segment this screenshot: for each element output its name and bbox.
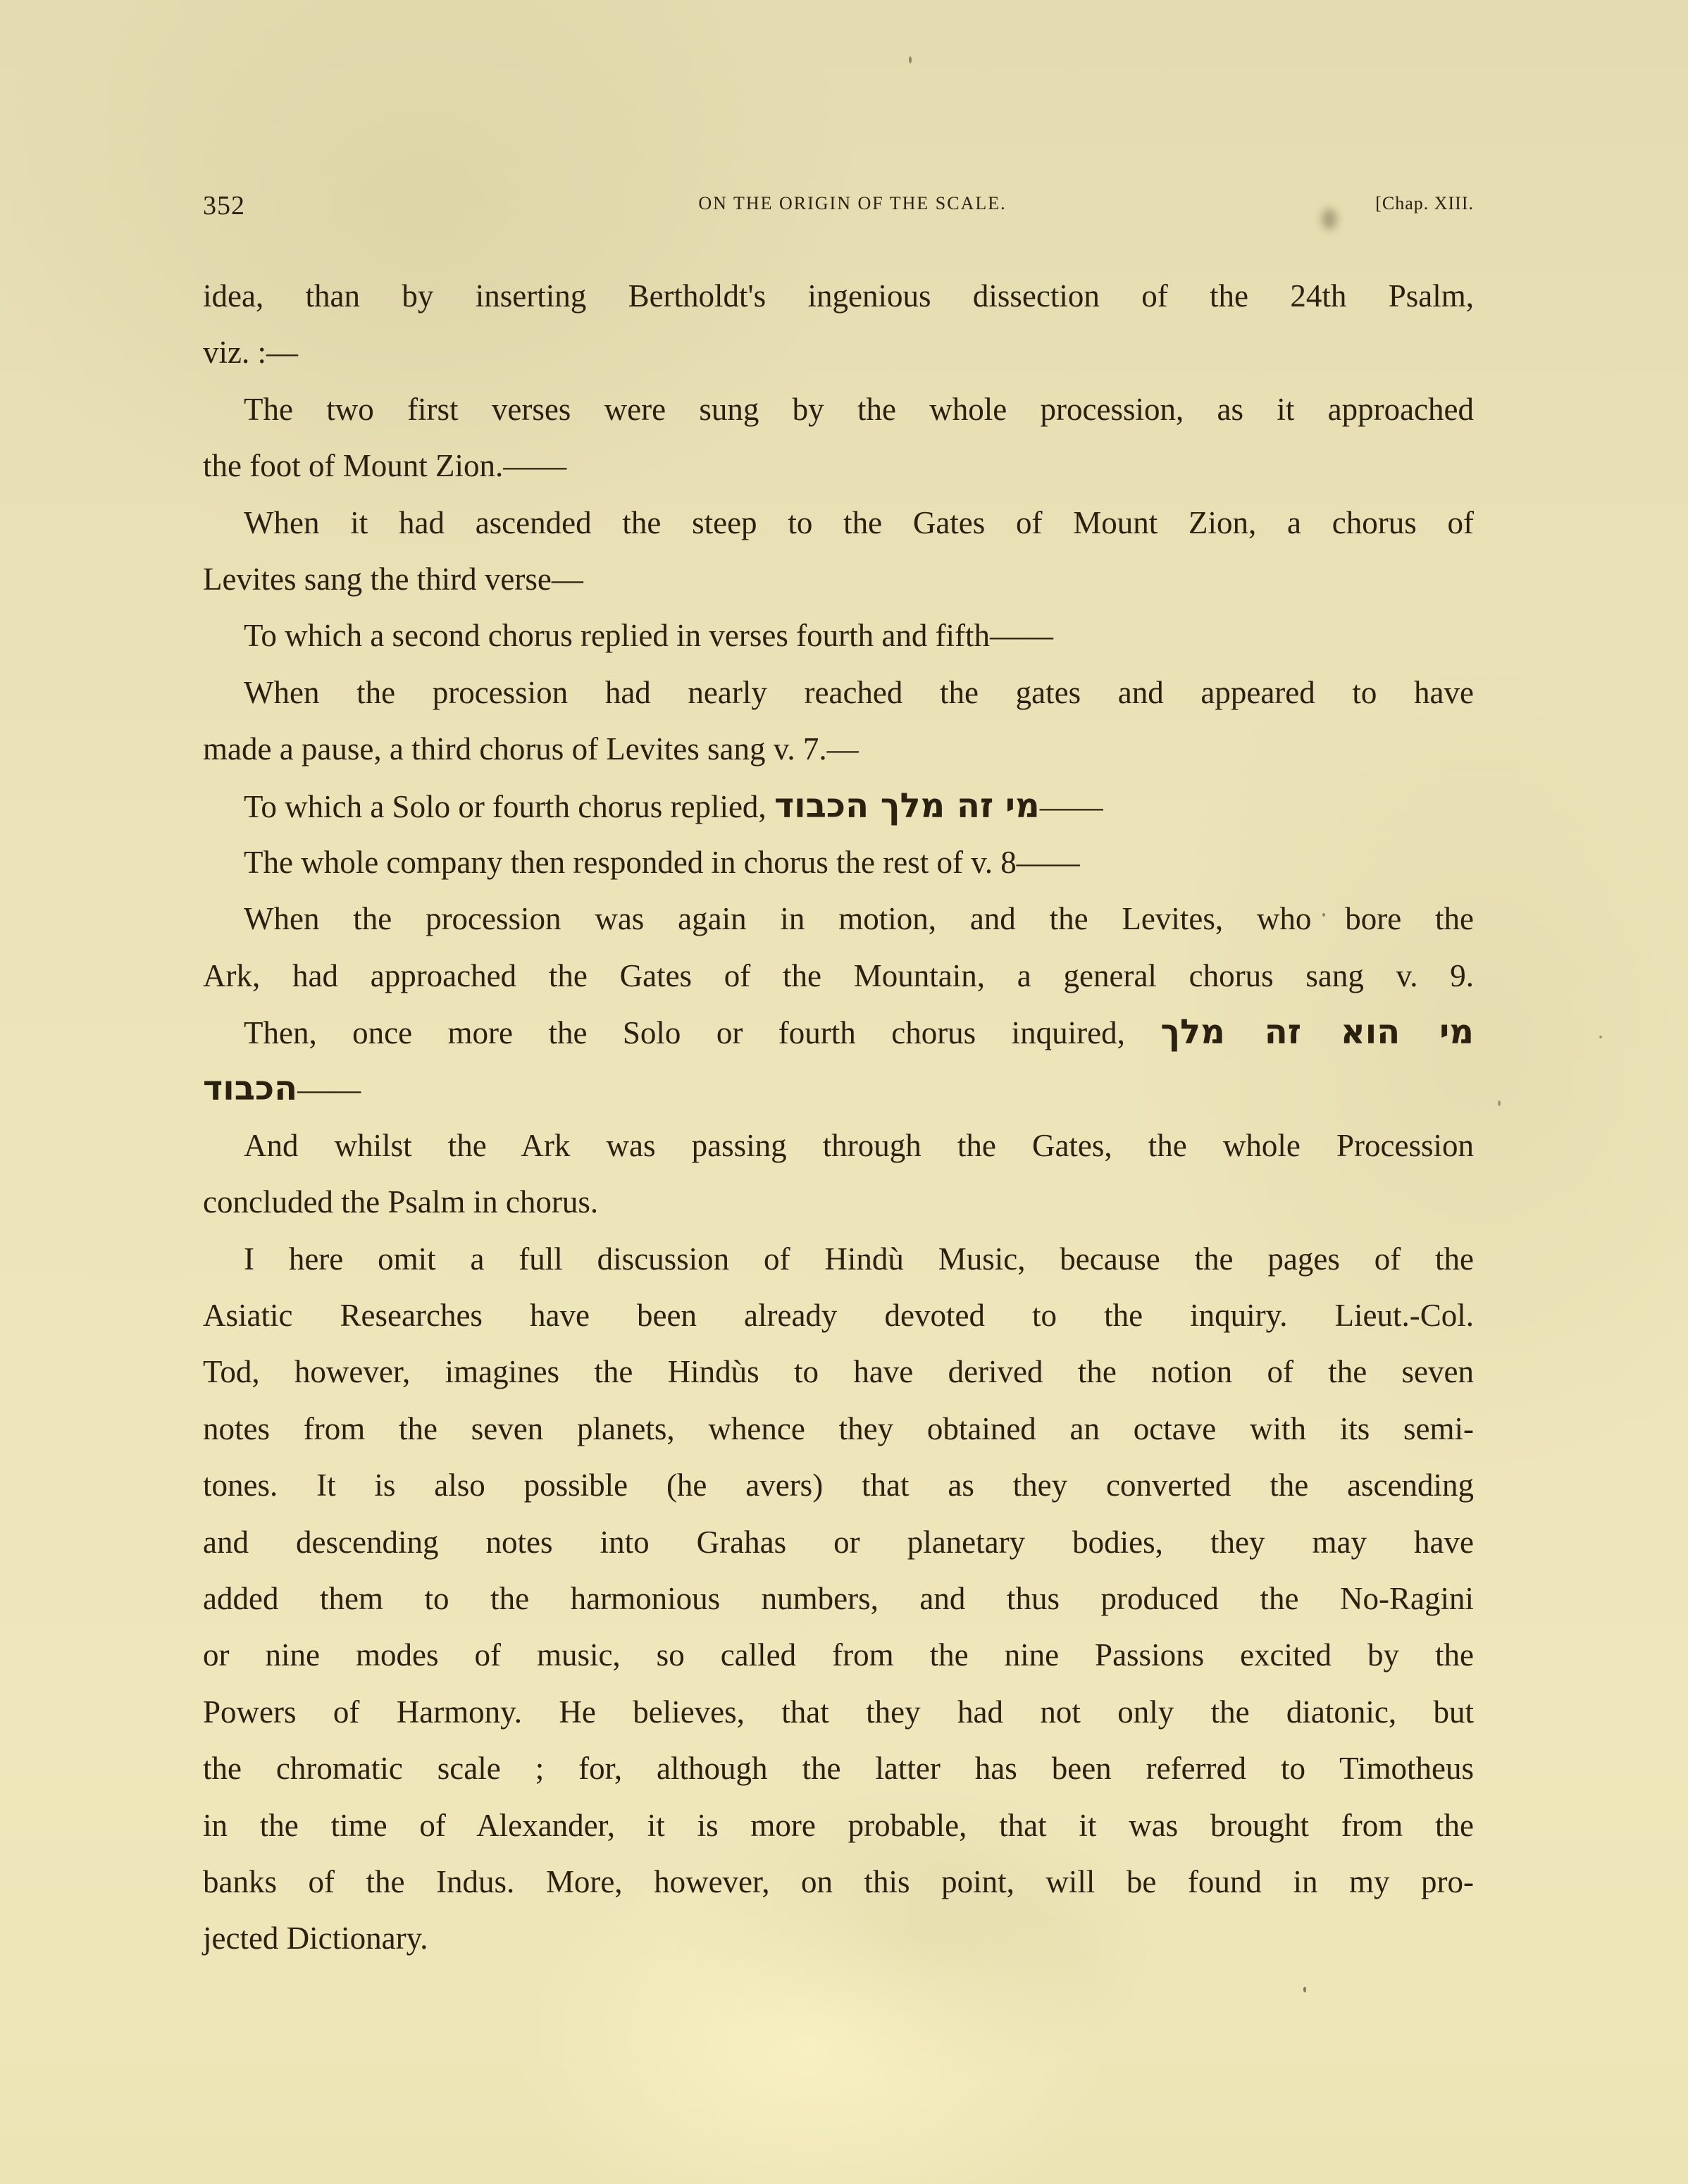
line-text-before: Then, once more the Solo or fourth choru… xyxy=(244,1015,1160,1050)
hebrew-phrase: הכבוד xyxy=(203,1069,297,1108)
text-line: Powers of Harmony. He believes, that the… xyxy=(203,1684,1474,1740)
text-line: added them to the harmonious numbers, an… xyxy=(203,1570,1474,1627)
text-line: made a pause, a third chorus of Levites … xyxy=(203,721,1474,777)
text-line: or nine modes of music, so called from t… xyxy=(203,1627,1474,1683)
text-line: the chromatic scale ; for, although the … xyxy=(203,1740,1474,1797)
text-line: tones. It is also possible (he avers) th… xyxy=(203,1457,1474,1513)
text-line: The two first verses were sung by the wh… xyxy=(203,381,1474,438)
text-line: And whilst the Ark was passing through t… xyxy=(203,1117,1474,1174)
text-line: Asiatic Researches have been already dev… xyxy=(203,1287,1474,1344)
text-line: notes from the seven planets, whence the… xyxy=(203,1401,1474,1457)
text-line: When the procession was again in motion,… xyxy=(203,891,1474,947)
text-line: jected Dictionary. xyxy=(203,1910,1474,1966)
text-line: To which a second chorus replied in vers… xyxy=(203,607,1474,664)
text-line: idea, than by inserting Bertholdt's inge… xyxy=(203,268,1474,324)
running-head: 352 ON THE ORIGIN OF THE SCALE. [Chap. X… xyxy=(203,189,1474,220)
text-line: I here omit a full discussion of Hindù M… xyxy=(203,1231,1474,1287)
body-text: idea, than by inserting Bertholdt's inge… xyxy=(203,268,1474,1967)
text-line: Then, once more the Solo or fourth choru… xyxy=(203,1004,1474,1060)
text-line: To which a Solo or fourth chorus replied… xyxy=(203,778,1474,834)
text-line: concluded the Psalm in chorus. xyxy=(203,1174,1474,1230)
text-line: Levites sang the third verse— xyxy=(203,551,1474,607)
hebrew-phrase: מי זה מלך הכבוד xyxy=(774,786,1040,826)
text-line: Tod, however, imagines the Hindùs to hav… xyxy=(203,1344,1474,1400)
hebrew-phrase: מי הוא זה מלך xyxy=(1160,1012,1474,1052)
book-page: 352 ON THE ORIGIN OF THE SCALE. [Chap. X… xyxy=(0,0,1688,2184)
text-line: and descending notes into Grahas or plan… xyxy=(203,1514,1474,1570)
text-line: הכבוד—— xyxy=(203,1060,1474,1117)
text-line: viz. :— xyxy=(203,324,1474,380)
text-line: banks of the Indus. More, however, on th… xyxy=(203,1854,1474,1910)
text-line: The whole company then responded in chor… xyxy=(203,834,1474,891)
text-line: When it had ascended the steep to the Ga… xyxy=(203,495,1474,551)
line-text-after: —— xyxy=(1040,789,1103,824)
text-line: When the procession had nearly reached t… xyxy=(203,664,1474,721)
text-line: in the time of Alexander, it is more pro… xyxy=(203,1797,1474,1854)
text-line: the foot of Mount Zion.—— xyxy=(203,438,1474,494)
text-line: Ark, had approached the Gates of the Mou… xyxy=(203,948,1474,1004)
chapter-label: [Chap. XIII. xyxy=(1375,193,1474,214)
line-text-after: —— xyxy=(297,1072,361,1107)
running-title: ON THE ORIGIN OF THE SCALE. xyxy=(203,193,1474,214)
line-text-before: To which a Solo or fourth chorus replied… xyxy=(244,789,774,824)
